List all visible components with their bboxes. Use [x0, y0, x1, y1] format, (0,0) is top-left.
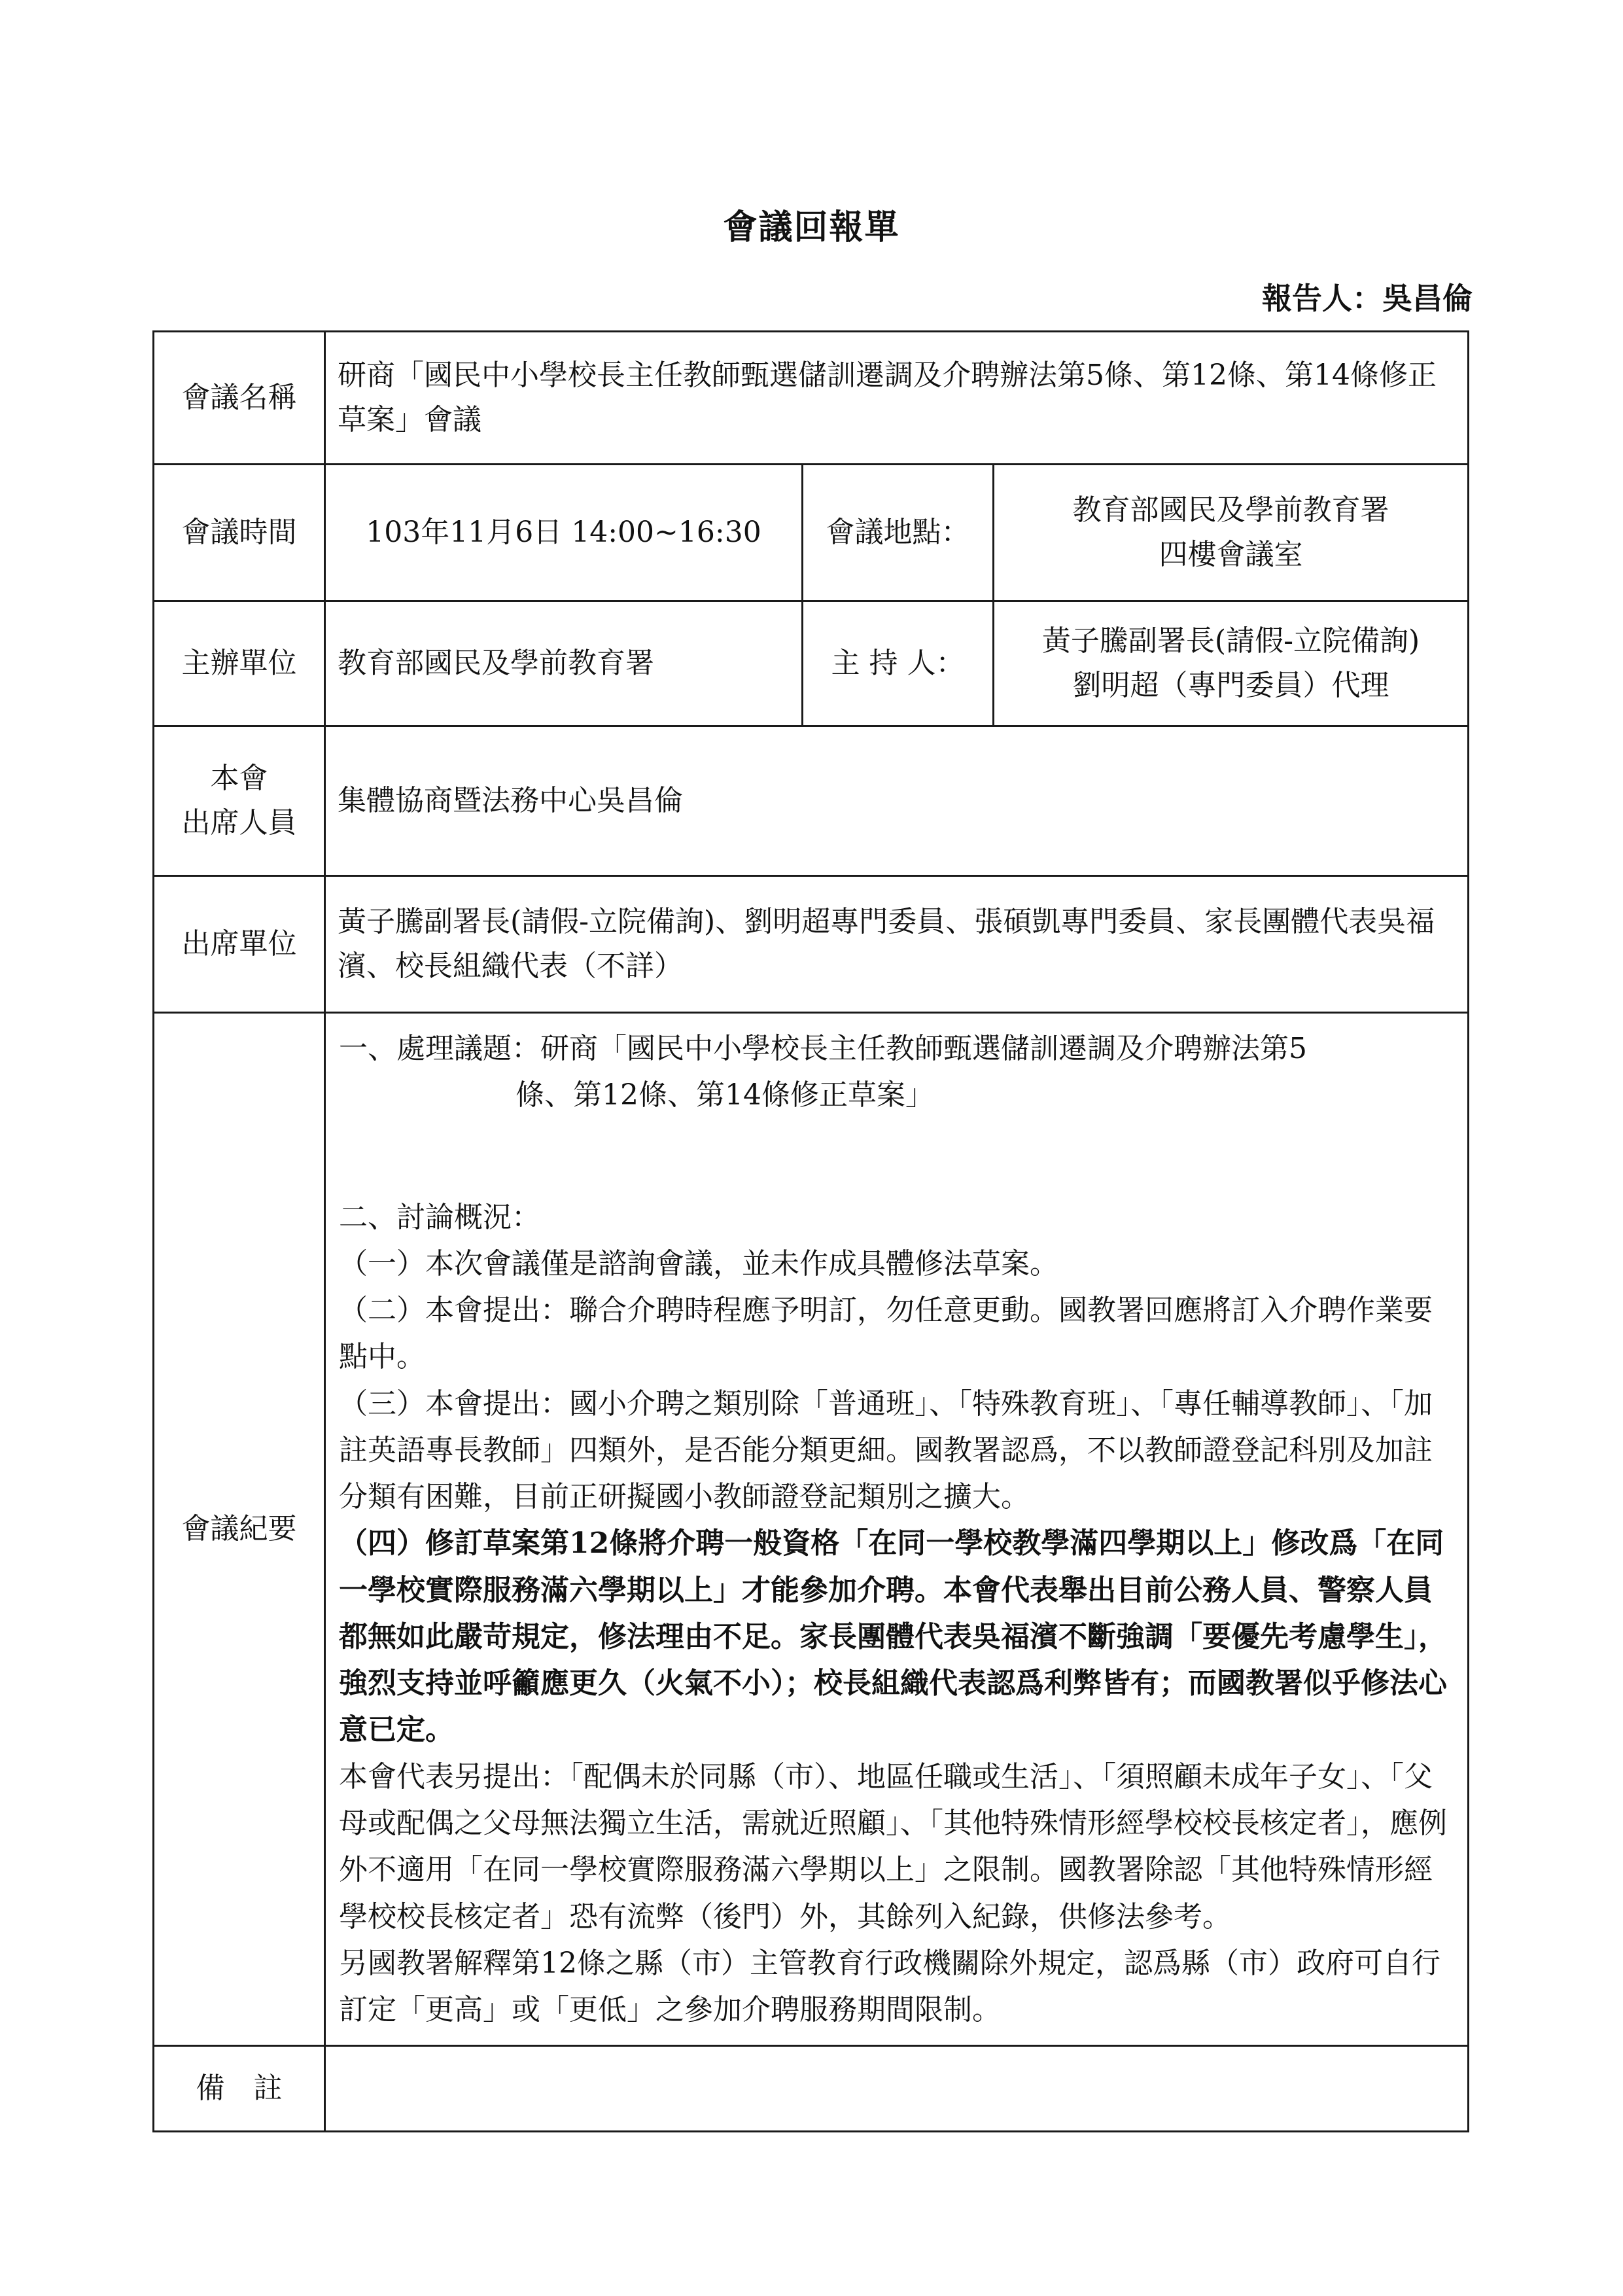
row-our-attendees: 本會 出席人員 集體協商暨法務中心吳昌倫 [154, 726, 1469, 876]
our-attendees-label: 本會 出席人員 [154, 726, 325, 876]
agenda-item-continuation: 條、第12條、第14條修正草案」 [339, 1072, 1454, 1118]
meeting-name-value: 研商「國民中小學校長主任教師甄選儲訓遷調及介聘辦法第5條、第12條、第14條修正… [325, 332, 1469, 465]
row-remarks: 備 註 [154, 2046, 1469, 2132]
meeting-report-table: 會議名稱 研商「國民中小學校長主任教師甄選儲訓遷調及介聘辦法第5條、第12條、第… [152, 330, 1469, 2132]
discussion-point-3: （三）本會提出：國小介聘之類別除「普通班」、「特殊教育班」、「專任輔導教師」、「… [339, 1381, 1454, 1521]
chair-value: 黃子騰副署長(請假-立院備詢) 劉明超（專門委員）代理 [994, 601, 1469, 726]
discussion-point-1: （一）本次會議僅是諮詢會議，並未作成具體修法草案。 [339, 1241, 1454, 1287]
chair-line-1: 黃子騰副署長(請假-立院備詢) [1006, 619, 1456, 663]
remarks-label: 備 註 [154, 2046, 325, 2132]
attending-units-label: 出席單位 [154, 876, 325, 1013]
chair-label: 主 持 人： [803, 601, 994, 726]
discussion-point-2: （二）本會提出：聯合介聘時程應予明訂，勿任意更動。國教署回應將訂入介聘作業要點中… [339, 1287, 1454, 1381]
meeting-location-value: 教育部國民及學前教育署 四樓會議室 [994, 465, 1469, 601]
organizer-label: 主辦單位 [154, 601, 325, 726]
agenda-item-heading: 一、處理議題：研商「國民中小學校長主任教師甄選儲訓遷調及介聘辦法第5 [339, 1025, 1454, 1072]
row-meeting-time: 會議時間 103年11月6日 14:00~16:30 會議地點： 教育部國民及學… [154, 465, 1469, 601]
row-organizer: 主辦單位 教育部國民及學前教育署 主 持 人： 黃子騰副署長(請假-立院備詢) … [154, 601, 1469, 726]
chair-line-2: 劉明超（專門委員）代理 [1006, 663, 1456, 708]
minutes-label: 會議紀要 [154, 1013, 325, 2046]
minutes-content: 一、處理議題：研商「國民中小學校長主任教師甄選儲訓遷調及介聘辦法第5 條、第12… [325, 1013, 1469, 2046]
meeting-name-label: 會議名稱 [154, 332, 325, 465]
meeting-time-value: 103年11月6日 14:00~16:30 [325, 465, 803, 601]
meeting-time-label: 會議時間 [154, 465, 325, 601]
remarks-value [325, 2046, 1469, 2132]
location-line-2: 四樓會議室 [1006, 533, 1456, 577]
our-attendees-value: 集體協商暨法務中心吳昌倫 [325, 726, 1469, 876]
attending-units-value: 黃子騰副署長(請假-立院備詢)、劉明超專門委員、張碩凱專門委員、家長團體代表吳福… [325, 876, 1469, 1013]
discussion-point-6: 另國教署解釋第12條之縣（市）主管教育行政機關除外規定，認爲縣（市）政府可自行訂… [339, 1940, 1454, 2034]
row-meeting-name: 會議名稱 研商「國民中小學校長主任教師甄選儲訓遷調及介聘辦法第5條、第12條、第… [154, 332, 1469, 465]
discussion-heading: 二、討論概況： [339, 1194, 1454, 1241]
discussion-point-5: 本會代表另提出：「配偶未於同縣（市）、地區任職或生活」、「須照顧未成年子女」、「… [339, 1754, 1454, 1940]
reporter: 報告人：吳昌倫 [1262, 275, 1473, 318]
our-attendees-label-line-2: 出席人員 [166, 801, 312, 845]
location-line-1: 教育部國民及學前教育署 [1006, 488, 1456, 533]
organizer-value: 教育部國民及學前教育署 [325, 601, 803, 726]
meeting-location-label: 會議地點： [803, 465, 994, 601]
row-attending-units: 出席單位 黃子騰副署長(請假-立院備詢)、劉明超專門委員、張碩凱專門委員、家長團… [154, 876, 1469, 1013]
discussion-point-4: （四）修訂草案第12條將介聘一般資格「在同一學校教學滿四學期以上」修改爲「在同一… [339, 1520, 1454, 1753]
document-title: 會議回報單 [0, 200, 1623, 249]
spacer [339, 1119, 1454, 1194]
row-minutes: 會議紀要 一、處理議題：研商「國民中小學校長主任教師甄選儲訓遷調及介聘辦法第5 … [154, 1013, 1469, 2046]
our-attendees-label-line-1: 本會 [166, 756, 312, 801]
